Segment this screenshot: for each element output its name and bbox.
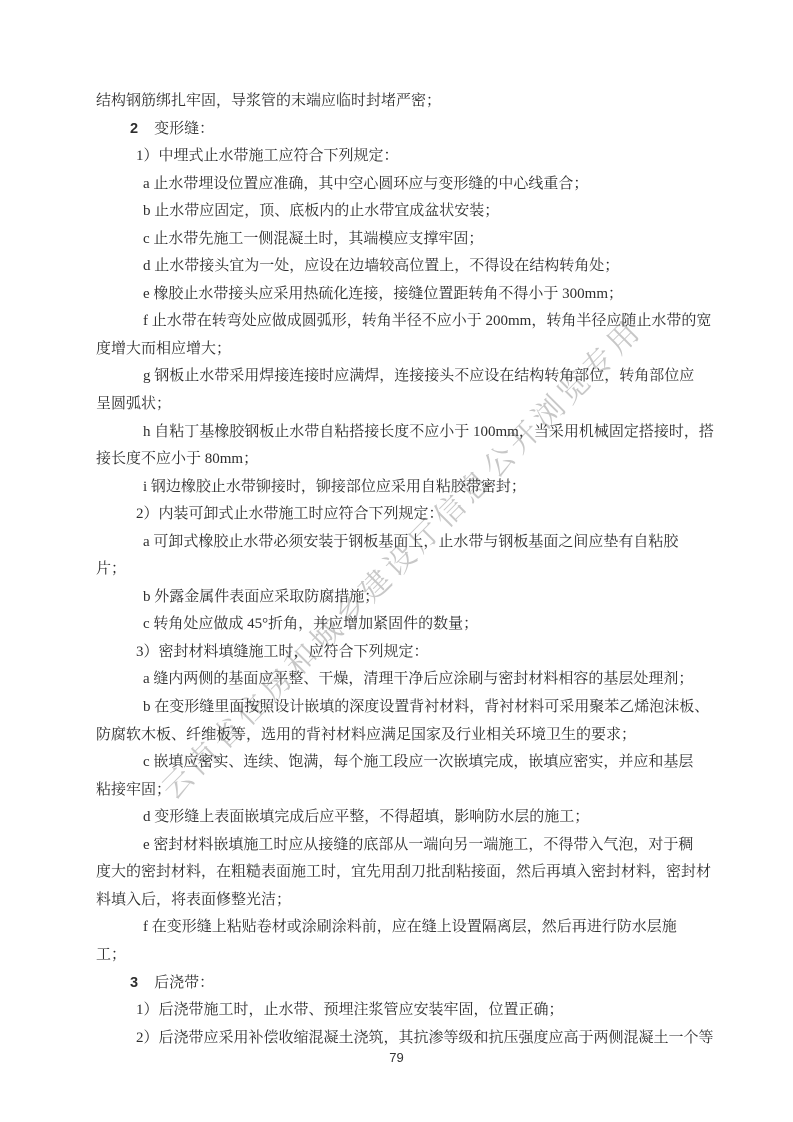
text-line: c 嵌填应密实、连续、饱满，每个施工段应一次嵌填完成，嵌填应密实，并应和基层 — [96, 749, 700, 777]
text-line: 工； — [96, 942, 700, 970]
text-line: 2变形缝： — [96, 116, 700, 144]
text-line: f 在变形缝上粘贴卷材或涂刷涂料前，应在缝上设置隔离层，然后再进行防水层施 — [96, 914, 700, 942]
text-line: 呈圆弧状； — [96, 391, 700, 419]
text-line: 片； — [96, 556, 700, 584]
text-line: 2）内装可卸式止水带施工时应符合下列规定： — [96, 501, 700, 529]
text-line: a 止水带埋设位置应准确，其中空心圆环应与变形缝的中心线重合； — [96, 171, 700, 199]
text-line: e 橡胶止水带接头应采用热硫化连接，接缝位置距转角不得小于 300mm； — [96, 281, 700, 309]
text-line: 接长度不应小于 80mm； — [96, 446, 700, 474]
text-line: f 止水带在转弯处应做成圆弧形，转角半径不应小于 200mm，转角半径应随止水带… — [96, 308, 700, 336]
text-line: i 钢边橡胶止水带铆接时，铆接部位应采用自粘胶带密封； — [96, 474, 700, 502]
text-line: 3后浇带： — [96, 970, 700, 998]
page-number: 79 — [0, 1050, 793, 1065]
text-line: h 自粘丁基橡胶钢板止水带自粘搭接长度不应小于 100mm，当采用机械固定搭接时… — [96, 419, 700, 447]
text-line: d 变形缝上表面嵌填完成后应平整，不得超填，影响防水层的施工； — [96, 804, 700, 832]
text-line: b 止水带应固定，顶、底板内的止水带宜成盆状安装； — [96, 198, 700, 226]
text-line: b 外露金属件表面应采取防腐措施； — [96, 584, 700, 612]
text-line: 料填入后，将表面修整光洁； — [96, 887, 700, 915]
list-number: 2 — [130, 121, 138, 137]
text-line: c 转角处应做成 45°折角，并应增加紧固件的数量； — [96, 611, 700, 639]
text-line: 度大的密封材料，在粗糙表面施工时，宜先用刮刀批刮粘接面，然后再填入密封材料，密封… — [96, 859, 700, 887]
text-line: 防腐软木板、纤维板等，选用的背衬材料应满足国家及行业相关环境卫生的要求； — [96, 722, 700, 750]
text-line: 度增大而相应增大； — [96, 336, 700, 364]
list-number: 3 — [130, 975, 138, 991]
text-line: c 止水带先施工一侧混凝土时，其端模应支撑牢固； — [96, 226, 700, 254]
text-line: 2）后浇带应采用补偿收缩混凝土浇筑，其抗渗等级和抗压强度应高于两侧混凝土一个等 — [96, 1025, 700, 1053]
text-line: a 缝内两侧的基面应平整、干燥，清理干净后应涂刷与密封材料相容的基层处理剂； — [96, 666, 700, 694]
text-line: 1）后浇带施工时，止水带、预埋注浆管应安装牢固，位置正确； — [96, 997, 700, 1025]
text-line: g 钢板止水带采用焊接连接时应满焊，连接接头不应设在结构转角部位，转角部位应 — [96, 363, 700, 391]
text-column: 结构钢筋绑扎牢固，导浆管的末端应临时封堵严密；2变形缝：1）中埋式止水带施工应符… — [96, 88, 700, 1052]
text-line: a 可卸式橡胶止水带必须安装于钢板基面上，止水带与钢板基面之间应垫有自粘胶 — [96, 529, 700, 557]
text-line: e 密封材料嵌填施工时应从接缝的底部从一端向另一端施工，不得带入气泡，对于稠 — [96, 832, 700, 860]
text-line: b 在变形缝里面按照设计嵌填的深度设置背衬材料，背衬材料可采用聚苯乙烯泡沫板、 — [96, 694, 700, 722]
text-line: 粘接牢固； — [96, 777, 700, 805]
text-line: 结构钢筋绑扎牢固，导浆管的末端应临时封堵严密； — [96, 88, 700, 116]
document-page: 云南省住房和城乡建设厅信息公开浏览专用 结构钢筋绑扎牢固，导浆管的末端应临时封堵… — [0, 0, 793, 1122]
text-line: 1）中埋式止水带施工应符合下列规定： — [96, 143, 700, 171]
text-line: d 止水带接头宜为一处，应设在边墙较高位置上，不得设在结构转角处； — [96, 253, 700, 281]
text-line: 3）密封材料填缝施工时，应符合下列规定： — [96, 639, 700, 667]
